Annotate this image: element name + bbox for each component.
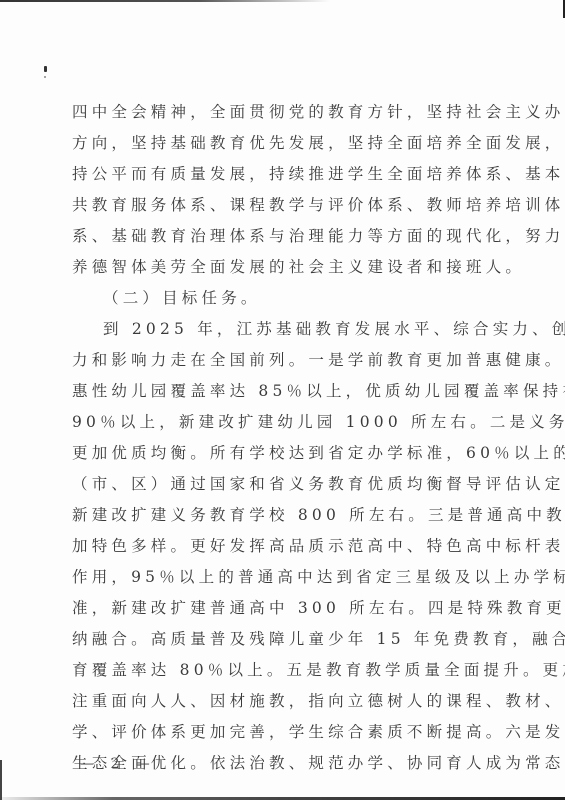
scan-edge-left — [0, 760, 2, 800]
text-line: 系、基础教育治理体系与治理能力等方面的现代化，努力培 — [72, 221, 502, 252]
document-body: 四中全会精神，全面贯彻党的教育方针，坚持社会主义办学方向，坚持基础教育优先发展，… — [72, 97, 502, 779]
text-line: 力和影响力走在全国前列。一是学前教育更加普惠健康。普 — [72, 345, 502, 376]
text-line: 惠性幼儿园覆盖率达 85％以上，优质幼儿园覆盖率保持在 — [72, 376, 502, 407]
text-line: 学、评价体系更加完善，学生综合素质不断提高。六是发展 — [72, 717, 502, 748]
binding-mark-dot — [44, 76, 46, 78]
text-line: 作用，95％以上的普通高中达到省定三星级及以上办学标 — [72, 562, 502, 593]
text-line: 持公平而有质量发展，持续推进学生全面培养体系、基本公 — [72, 159, 502, 190]
text-line: 纳融合。高质量普及残障儿童少年 15 年免费教育，融合教 — [72, 624, 502, 655]
text-line: 90％以上，新建改扩建幼儿园 1000 所左右。二是义务教育 — [72, 407, 502, 438]
text-line: 养德智体美劳全面发展的社会主义建设者和接班人。 — [72, 252, 502, 283]
text-line: 准，新建改扩建普通高中 300 所左右。四是特殊教育更加全 — [72, 593, 502, 624]
scan-edge-top — [0, 0, 330, 2]
text-line: 四中全会精神，全面贯彻党的教育方针，坚持社会主义办学 — [72, 97, 502, 128]
text-line: 到 2025 年，江苏基础教育发展水平、综合实力、创新 — [72, 314, 502, 345]
text-line: 加特色多样。更好发挥高品质示范高中、特色高中标杆表率 — [72, 531, 502, 562]
text-line: 更加优质均衡。所有学校达到省定办学标准，60％以上的县 — [72, 438, 502, 469]
text-line: 注重面向人人、因材施教，指向立德树人的课程、教材、教 — [72, 686, 502, 717]
text-line: 方向，坚持基础教育优先发展，坚持全面培养全面发展，坚 — [72, 128, 502, 159]
text-line: 共教育服务体系、课程教学与评价体系、教师培养培训体 — [72, 190, 502, 221]
text-line: 育覆盖率达 80％以上。五是教育教学质量全面提升。更加 — [72, 655, 502, 686]
text-line: （市、区）通过国家和省义务教育优质均衡督导评估认定， — [72, 469, 502, 500]
page-number: — 2 — — [80, 756, 156, 772]
text-line: （二）目标任务。 — [72, 283, 502, 314]
text-line: 新建改扩建义务教育学校 800 所左右。三是普通高中教育更 — [72, 500, 502, 531]
binding-mark — [44, 66, 47, 72]
